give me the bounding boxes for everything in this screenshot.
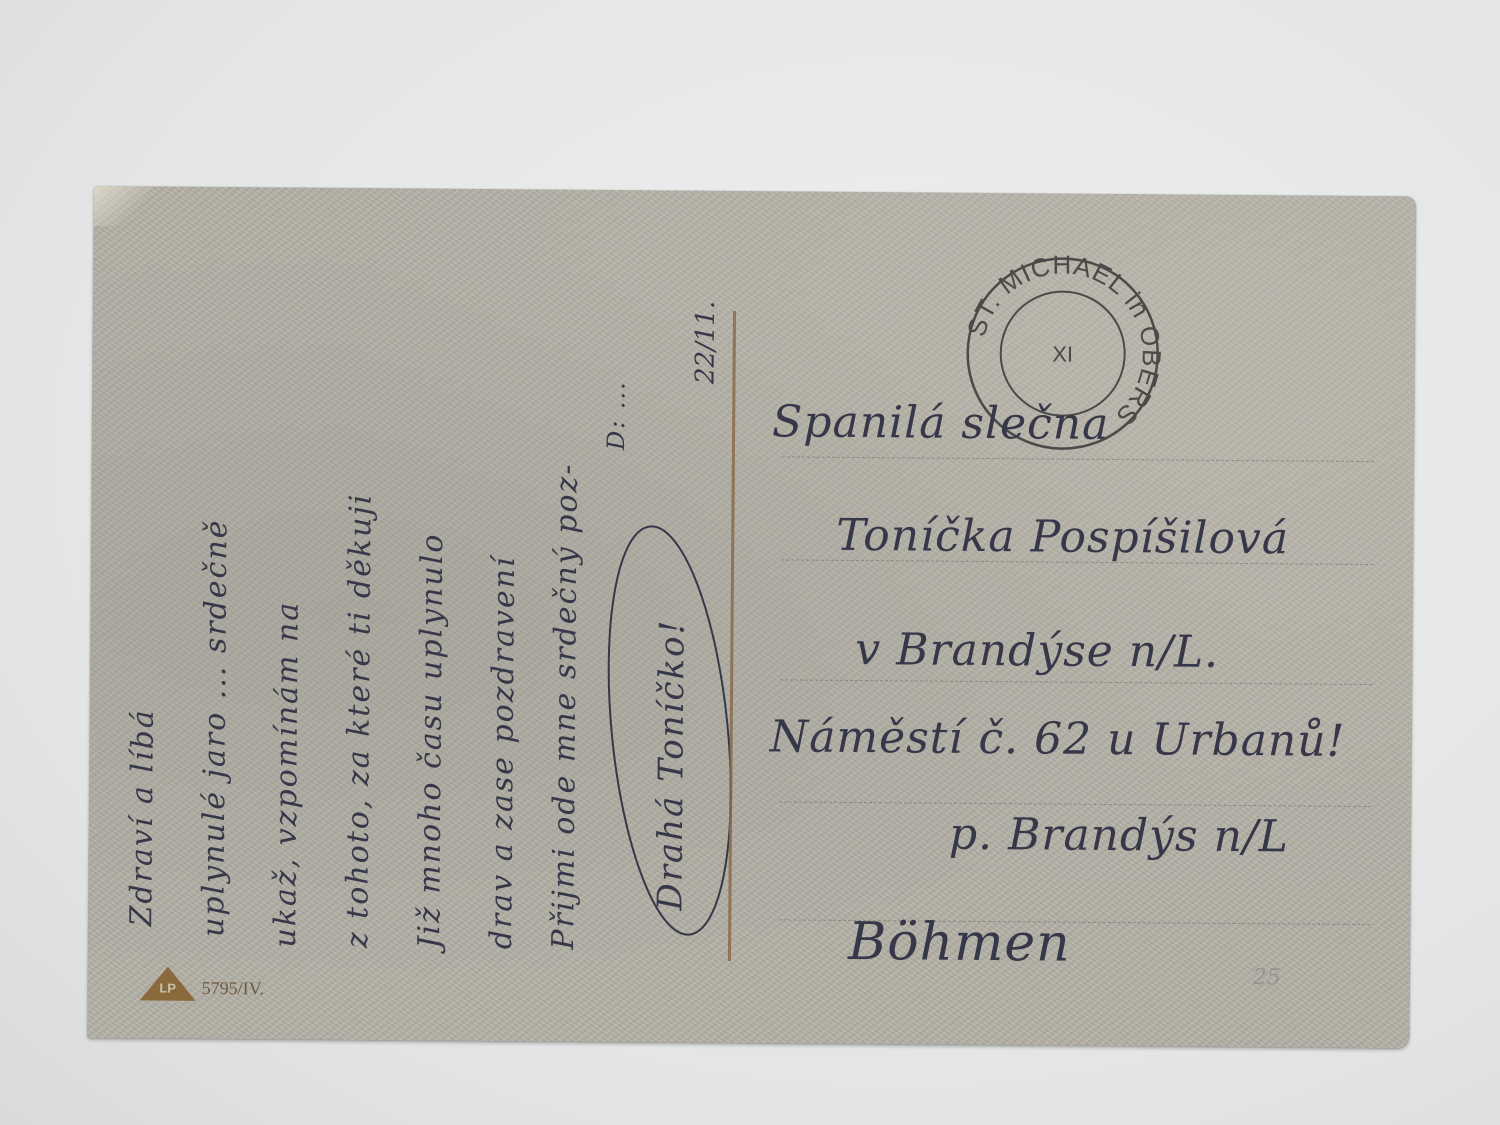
- message-line: uplynulé jaro ... srdečně: [196, 247, 236, 937]
- address-line-6: Böhmen: [848, 912, 1071, 974]
- publisher-logo-icon: LP: [140, 966, 196, 1000]
- address-line-5: p. Brandýs n/L: [949, 809, 1289, 863]
- address-line-3: v Brandýse n/L.: [855, 624, 1219, 678]
- photo-background: Zdraví a líbá uplynulé jaro ... srdečně …: [0, 0, 1500, 1125]
- address-line-2: Toníčka Pospíšilová: [836, 510, 1289, 565]
- message-line: z tohoto, za které ti děkuji: [340, 248, 380, 948]
- postcard: Zdraví a líbá uplynulé jaro ... srdečně …: [87, 186, 1416, 1048]
- archive-pencil-note: 25: [1253, 965, 1281, 990]
- address-line-4: Náměstí č. 62 u Urbanů!: [769, 711, 1345, 767]
- publisher-mark: LP 5795/IV.: [140, 966, 264, 1001]
- address-rule: [779, 801, 1371, 807]
- address-line-1: Spanilá slečna: [772, 396, 1110, 450]
- message-line: Již mnoho času uplynulo: [412, 249, 452, 949]
- publisher-code: 5795/IV.: [202, 978, 264, 999]
- message-line: Přijmi ode mne srdečný poz-: [546, 250, 586, 950]
- message-line: D: ...: [602, 290, 631, 450]
- message-line: ukaž, vzpomínám na: [268, 247, 308, 947]
- address-rule: [780, 679, 1372, 685]
- address-rule: [782, 456, 1374, 462]
- message-line: drav a zase pozdravení: [484, 249, 524, 949]
- corner-crease: [94, 186, 154, 226]
- message-line: Zdraví a líbá: [124, 226, 164, 926]
- greeting: Drahá Toníčko!: [650, 590, 693, 910]
- svg-text:XI: XI: [1052, 342, 1073, 367]
- date-mark: 22/11.: [690, 301, 721, 384]
